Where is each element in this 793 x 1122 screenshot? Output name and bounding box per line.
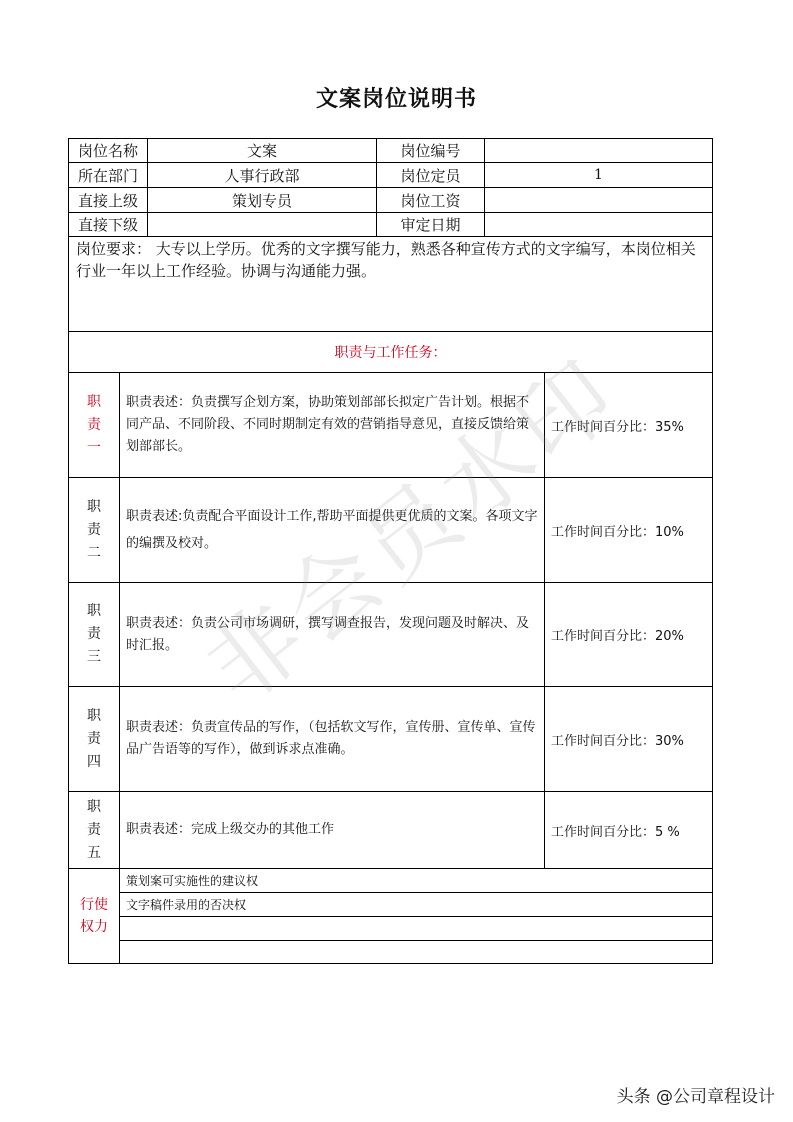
right-item-4 [120,941,712,963]
value-direct-subordinate [148,213,376,236]
duty-label-char: 一 [87,437,101,460]
label-review-date: 审定日期 [377,213,484,236]
value-direct-supervisor: 策划专员 [148,188,376,212]
rights-label: 行使 权力 [69,869,119,963]
duty-label-char: 责 [87,519,101,542]
duty-label-char: 责 [87,728,101,751]
value-headcount: 1 [485,163,712,187]
position-requirements: 岗位要求： 大专以上学历。优秀的文字撰写能力，熟悉各种宣传方式的文字编写，本岗位… [76,238,708,282]
row-divider [68,236,713,237]
right-item-2: 文字稿件录用的否决权 [120,893,712,916]
duty-label-char: 职 [87,600,101,623]
duty-percentage-5: 工作时间百分比：5 % [545,792,712,868]
duty-label-char: 三 [87,646,101,669]
table-border-right [712,138,713,964]
duty-description-3: 职责表述：负责公司市场调研，撰写调查报告，发现问题及时解决、及时汇报。 [120,583,544,686]
duty-percentage-1: 工作时间百分比：35% [545,373,712,477]
duty-label-char: 责 [87,414,101,437]
duty-label-char: 职 [87,496,101,519]
duty-percentage-4: 工作时间百分比：30% [545,687,712,791]
duty-description-5: 职责表述：完成上级交办的其他工作 [120,792,544,868]
value-department: 人事行政部 [148,163,376,187]
value-review-date [485,213,712,236]
duty-label-char: 职 [87,391,101,414]
duty-percentage-2: 工作时间百分比：10% [545,478,712,582]
duty-description-2: 职责表述:负责配合平面设计工作,帮助平面提供更优质的文案。各项文字的编撰及校对。 [120,478,544,582]
label-salary: 岗位工资 [377,188,484,212]
duty-description-1: 职责表述：负责撰写企划方案，协助策划部部长拟定广告计划。根据不同产品、不同阶段、… [120,373,544,477]
duties-header: 职责与工作任务： [69,332,712,372]
value-position-code [485,139,712,162]
duty-label-char: 四 [87,751,101,774]
label-position-code: 岗位编号 [377,139,484,162]
duty-label-2: 职 责 二 [69,478,119,582]
duty-label-char: 责 [87,819,101,842]
duty-label-char: 五 [87,842,101,865]
duty-label-char: 职 [87,705,101,728]
rights-label-line: 行使 [80,894,108,916]
label-headcount: 岗位定员 [377,163,484,187]
duty-label-1: 职 责 一 [69,373,119,477]
table-border-bottom [68,963,713,964]
right-item-1: 策划案可实施性的建议权 [120,869,712,892]
duty-percentage-3: 工作时间百分比：20% [545,583,712,686]
label-direct-subordinate: 直接下级 [69,213,147,236]
duty-label-4: 职 责 四 [69,687,119,791]
footer-attribution: 头条 @公司章程设计 [617,1082,775,1107]
duty-label-3: 职 责 三 [69,583,119,686]
duty-label-char: 职 [87,796,101,819]
duty-description-4: 职责表述：负责宣传品的写作，（包括软文写作，宣传册、宣传单、宣传品广告语等的写作… [120,687,544,791]
document-title: 文案岗位说明书 [0,82,793,113]
label-department: 所在部门 [69,163,147,187]
value-position-name: 文案 [148,139,376,162]
label-direct-supervisor: 直接上级 [69,188,147,212]
value-salary [485,188,712,212]
duty-label-5: 职 责 五 [69,792,119,868]
right-item-3 [120,917,712,940]
duty-label-char: 责 [87,623,101,646]
label-position-name: 岗位名称 [69,139,147,162]
duty-label-char: 二 [87,542,101,565]
rights-label-line: 权力 [80,916,108,938]
